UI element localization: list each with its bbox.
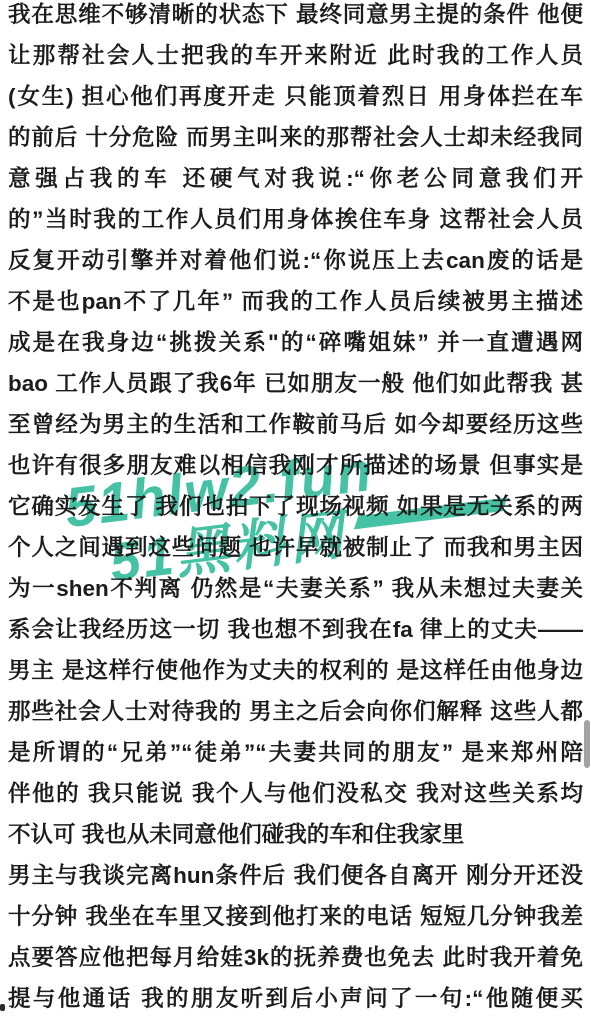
text-line: 是所谓的“兄弟”“徒弟”“夫妻共同的朋友” 是来郑州陪 — [8, 732, 583, 773]
text-line: 反复开动引擎并对着他们说:“你说压上去can废的话是 — [8, 240, 583, 281]
text-line: 的”当时我的工作人员们用身体挨住车身 这帮社会人员 — [8, 199, 583, 240]
text-line: 提与他通话 我的朋友听到后小声问了一句:“他随便买 — [8, 978, 583, 1019]
text-line: 意强占我的车 还硬气对我说:“你老公同意我们开 — [8, 158, 583, 199]
text-line: 那些社会人士对待我的 男主之后会向你们解释 这些人都 — [8, 691, 583, 732]
text-line: 至曾经为男主的生活和工作鞍前马后 如今却要经历这些 — [8, 404, 583, 445]
text-line: 不是也pan不了几年” 而我的工作人员后续被男主描述 — [8, 281, 583, 322]
text-line: 点要答应他把每月给娃3k的抚养费也免去 此时我开着免 — [8, 937, 583, 978]
text-line: bao 工作人员跟了我6年 已如朋友一般 他们如此帮我 甚 — [8, 363, 583, 404]
text-line: 成是在我身边“挑拨关系"的“碎嘴姐妹” 并一直遭遇网 — [8, 322, 583, 363]
text-line: 系会让我经历这一切 我也想不到我在fa 律上的丈夫—— — [8, 609, 583, 650]
text-line: (女生) 担心他们再度开走 只能顶着烈日 用身体拦在车 — [8, 76, 583, 117]
text-line: 男主 是这样行使他作为丈夫的权利的 是这样任由他身边 — [8, 650, 583, 691]
text-line: 也许有很多朋友难以相信我刚才所描述的场景 但事实是 — [8, 445, 583, 486]
post-body-text: 我在思维不够清晰的状态下 最终同意男主提的条件 他便让那帮社会人士把我的车开来附… — [8, 0, 583, 1019]
vertical-scrollbar-thumb[interactable] — [584, 720, 590, 768]
text-line: 为一shen不判离 仍然是“夫妻关系” 我从未想过夫妻关 — [8, 568, 583, 609]
text-line: 的前后 十分危险 而男主叫来的那帮社会人士却未经我同 — [8, 117, 583, 158]
text-line: 个人之间遇到这些问题 也许早就被制止了 而我和男主因 — [8, 527, 583, 568]
text-line: 伴他的 我只能说 我个人与他们没私交 我对这些关系均 — [8, 773, 583, 814]
text-line: 我在思维不够清晰的状态下 最终同意男主提的条件 他便 — [8, 0, 583, 35]
text-line: 十分钟 我坐在车里又接到他打来的电话 短短几分钟我差 — [8, 896, 583, 937]
text-line: 让那帮社会人士把我的车开来附近 此时我的工作人员 — [8, 35, 583, 76]
clipped-punctuation-mark — [0, 1004, 5, 1011]
text-line: 不认可 我也从未同意他们碰我的车和住我家里 — [8, 814, 583, 855]
text-line: 男主与我谈完离hun条件后 我们便各自离开 刚分开还没 — [8, 855, 583, 896]
text-line: 它确实发生了 我们也拍下了现场视频 如果是无关系的两 — [8, 486, 583, 527]
